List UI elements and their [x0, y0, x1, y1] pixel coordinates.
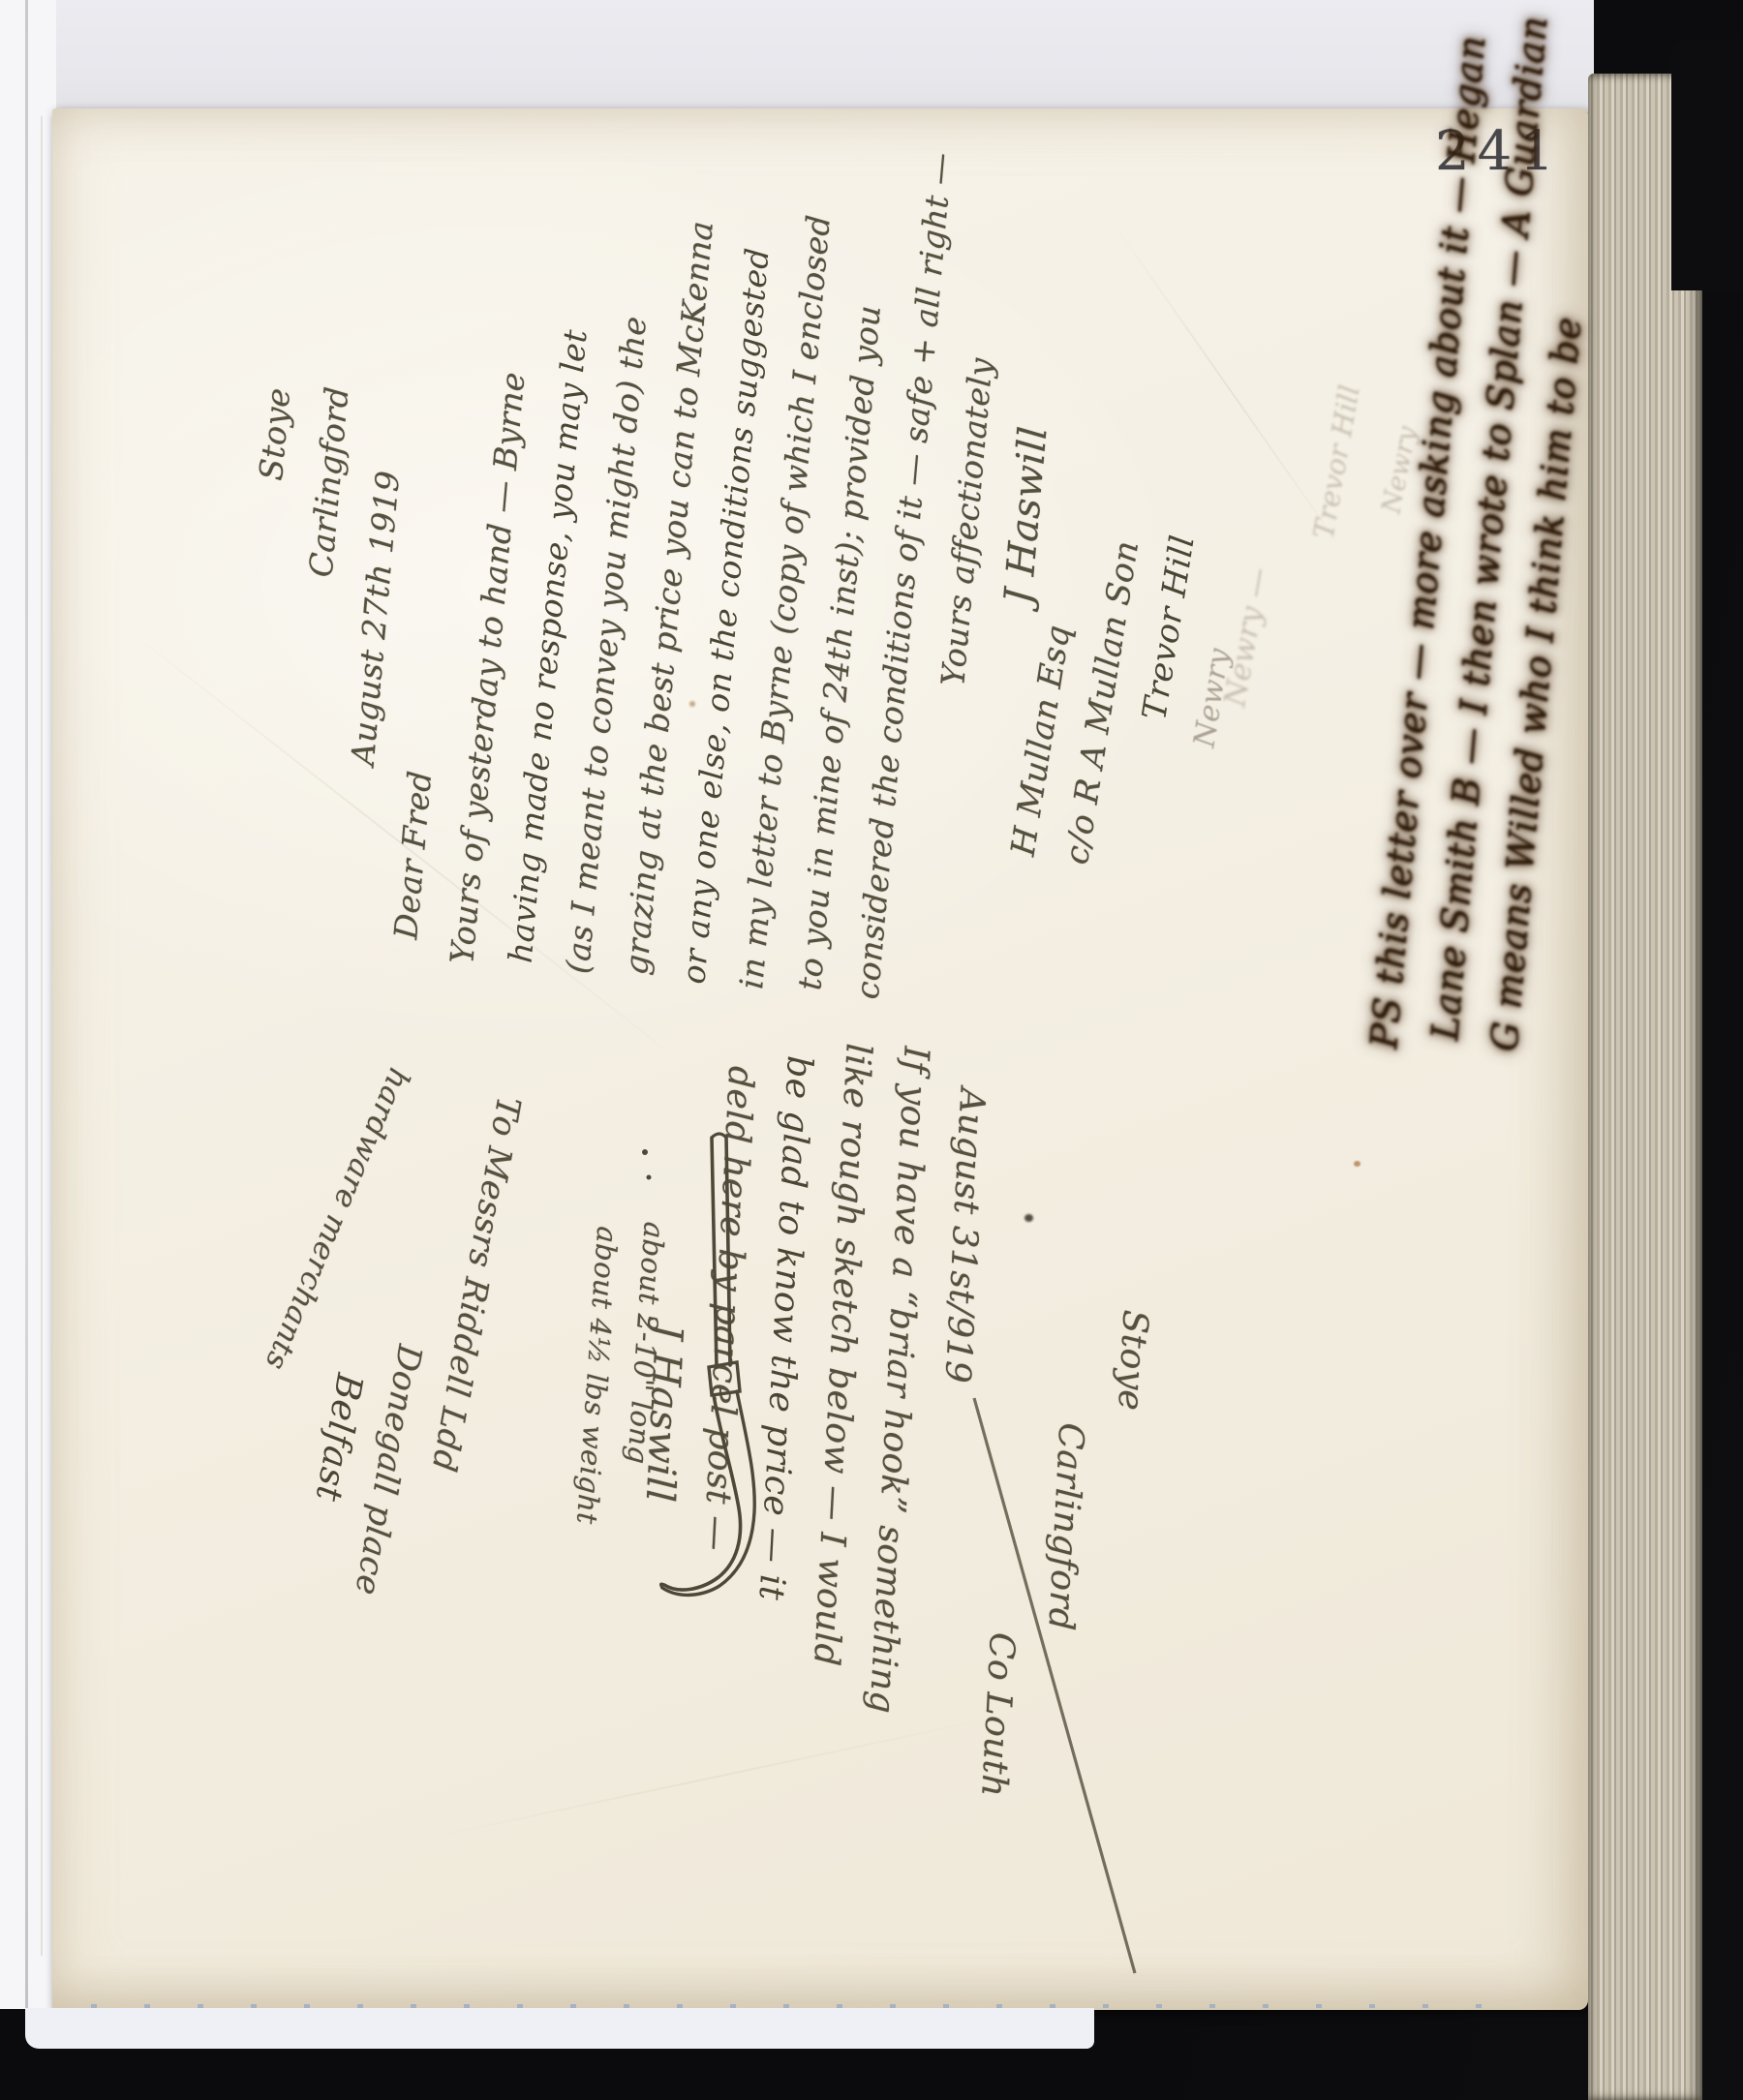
rust-speck	[1354, 1161, 1361, 1167]
signature-rule-line	[959, 1385, 1152, 1985]
letter-1: Stoye Carlingford August 27th 1919 Dear …	[201, 92, 1086, 1012]
left-page-edge	[0, 0, 56, 2009]
book-cover-corner	[1671, 39, 1743, 290]
ink-speck	[1024, 1214, 1033, 1222]
rust-speck	[689, 701, 695, 707]
under-page-edge	[25, 2008, 1094, 2049]
page-edge-line	[25, 0, 28, 2009]
book-scan: 241 Stoye Carlingford August 27th 1919 D…	[0, 0, 1743, 2100]
page-edge-line-2	[41, 116, 43, 1956]
book-fore-edge-pages	[1588, 74, 1702, 2100]
scanner-backing-top	[0, 0, 1594, 112]
deckle-flecks	[58, 2004, 1511, 2008]
